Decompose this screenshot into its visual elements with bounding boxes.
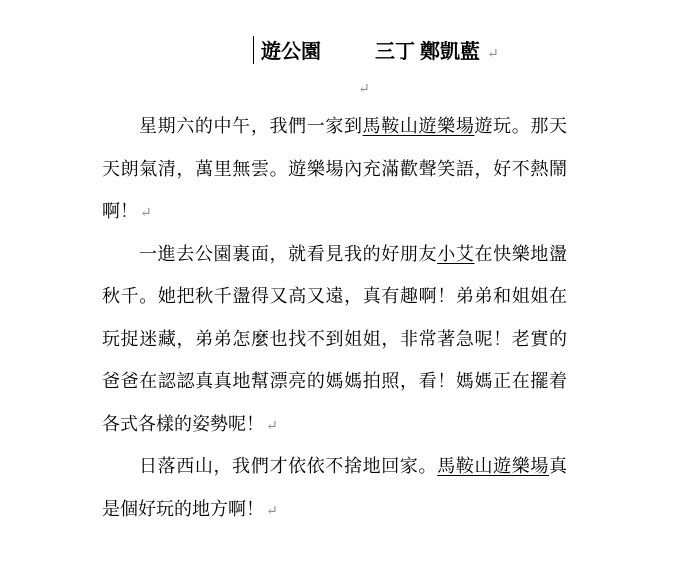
text-segment: 星期六的中午，我們一家到 xyxy=(139,116,363,136)
text-line[interactable]: 天朗氣清，萬里無雲。遊樂場內充滿歡聲笑語，好不熱鬧 xyxy=(102,148,567,191)
underlined-text: 馬鞍山遊樂場 xyxy=(363,116,475,136)
empty-line[interactable]: ↵ xyxy=(102,70,567,105)
text-segment: 啊！ xyxy=(102,201,138,221)
text-line[interactable]: 啊！↵ xyxy=(102,190,567,233)
document-title: 遊公園 xyxy=(261,41,321,63)
text-segment: 爸爸在認認真真地幫漂亮的媽媽拍照，看！媽媽正在擺着 xyxy=(102,371,567,391)
text-column: 遊公園 三丁 鄭凱藍 ↵ ↵ 星期六的中午，我們一家到馬鞍山遊樂場遊玩。那天天朗… xyxy=(102,35,567,530)
author-name: 三丁 鄭凱藍 xyxy=(375,41,480,63)
text-segment: 遊玩。那天 xyxy=(474,116,567,136)
text-line[interactable]: 星期六的中午，我們一家到馬鞍山遊樂場遊玩。那天 xyxy=(102,105,567,148)
underlined-text: 馬鞍山遊樂場 xyxy=(437,456,549,476)
paragraph-mark-icon: ↵ xyxy=(266,504,278,519)
text-segment: 日落西山，我們才依依不捨地回家。 xyxy=(139,456,437,476)
paragraph-mark-icon: ↵ xyxy=(266,419,278,434)
text-line[interactable]: 玩捉迷藏，弟弟怎麼也找不到姐姐，非常著急呢！老實的 xyxy=(102,318,567,361)
text-line[interactable]: 各式各樣的姿勢呢！↵ xyxy=(102,403,567,446)
text-segment: 秋千。她把秋千盪得又高又遠，真有趣啊！弟弟和姐姐在 xyxy=(102,286,567,306)
text-line[interactable]: 是個好玩的地方啊！↵ xyxy=(102,488,567,531)
paragraph-mark-icon: ↵ xyxy=(358,82,370,97)
text-cursor-caret xyxy=(253,36,254,64)
text-line[interactable]: 秋千。她把秋千盪得又高又遠，真有趣啊！弟弟和姐姐在 xyxy=(102,275,567,318)
text-segment: 天朗氣清，萬里無雲。遊樂場內充滿歡聲笑語，好不熱鬧 xyxy=(102,159,567,179)
text-segment: 一進去公園裏面，就看見我的好朋友 xyxy=(139,244,437,264)
text-line[interactable]: 一進去公園裏面，就看見我的好朋友小艾在快樂地盪 xyxy=(102,233,567,276)
title-line[interactable]: 遊公園 三丁 鄭凱藍 ↵ xyxy=(102,35,567,70)
underlined-text: 小艾 xyxy=(437,244,474,264)
text-segment: 在快樂地盪 xyxy=(474,244,567,264)
text-line[interactable]: 爸爸在認認真真地幫漂亮的媽媽拍照，看！媽媽正在擺着 xyxy=(102,360,567,403)
document-page[interactable]: 遊公園 三丁 鄭凱藍 ↵ ↵ 星期六的中午，我們一家到馬鞍山遊樂場遊玩。那天天朗… xyxy=(0,0,696,564)
text-segment: 真 xyxy=(549,456,567,476)
paragraph-mark-icon: ↵ xyxy=(140,206,152,221)
text-segment: 各式各樣的姿勢呢！ xyxy=(102,414,264,434)
text-segment: 玩捉迷藏，弟弟怎麼也找不到姐姐，非常著急呢！老實的 xyxy=(102,329,567,349)
paragraph-mark-icon: ↵ xyxy=(487,47,499,62)
text-segment: 是個好玩的地方啊！ xyxy=(102,499,264,519)
text-line[interactable]: 日落西山，我們才依依不捨地回家。馬鞍山遊樂場真 xyxy=(102,445,567,488)
document-body: 星期六的中午，我們一家到馬鞍山遊樂場遊玩。那天天朗氣清，萬里無雲。遊樂場內充滿歡… xyxy=(102,105,567,530)
